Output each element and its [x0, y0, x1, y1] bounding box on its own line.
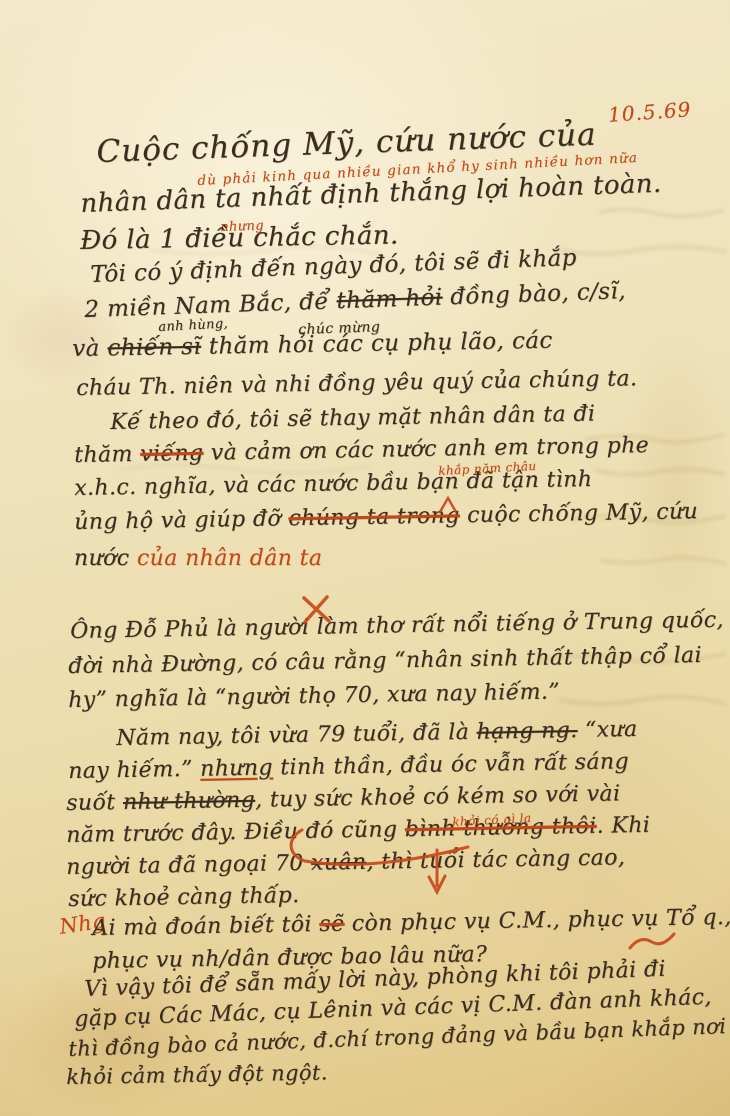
edited-text-segment: chiến sĩ [107, 334, 201, 362]
handwritten-text-segment: . Khi [596, 813, 650, 839]
manuscript-line: Năm nay, tôi vừa 79 tuổi, đã là hạng ng.… [116, 718, 638, 750]
handwritten-text-segment: phải [586, 958, 637, 985]
manuscript-line: Ông Đỗ Phủ là người làm thơ rất nổi tiến… [70, 609, 724, 643]
handwritten-text-segment: nước [74, 546, 137, 571]
handwritten-text-segment: “xưa [577, 717, 637, 743]
edited-text-segment: hạng ng. [476, 718, 577, 745]
handwritten-text-segment: đi [636, 957, 666, 983]
handwritten-text-segment: cuộc chống Mỹ, cứu [459, 499, 698, 528]
handwritten-text-segment: đời nhà Đường, có câu rằng “nhân sinh th… [68, 643, 702, 679]
edited-text-segment: nhưng [200, 755, 273, 781]
handwritten-text-segment: năm trước đây. Điều đó cũng [66, 817, 405, 848]
manuscript-line: Đó là 1 điều chắc chắn. [80, 222, 399, 255]
handwritten-text-segment: anh hùng, [158, 316, 229, 335]
manuscript-line: khỏi cảm thấy đột ngột. [66, 1061, 328, 1088]
handwritten-text-segment: và [72, 335, 108, 362]
handwritten-text-segment: suốt [66, 790, 123, 816]
edited-text-segment: xuân [311, 850, 367, 876]
manuscript-line: người ta đã ngoại 70 xuân, thì tuổi tác … [66, 846, 625, 879]
handwritten-text-segment: còn phục vụ C.M., phục vụ Tổ q., [344, 905, 730, 937]
handwritten-text-segment: , tuy sức khoẻ có kém so với vài [255, 781, 621, 812]
handwritten-text-segment: Đó là 1 điều chắc chắn. [80, 220, 399, 256]
edited-text-segment: như thường [123, 788, 256, 815]
edited-text-segment: sẽ [319, 912, 345, 937]
manuscript-line: ủng hộ và giúp đỡ chúng ta trong cuộc ch… [74, 500, 698, 534]
handwritten-text-segment: tinh thần, đầu óc vẫn rất sáng [273, 749, 629, 780]
handwritten-text-segment: Kế theo đó, tôi sẽ thay mặt nhân dân ta … [110, 402, 596, 435]
handwritten-text-segment: thăm [74, 442, 140, 468]
handwritten-text-segment: cháu Th. niên và nhi đồng yêu quý của ch… [76, 366, 638, 401]
manuscript-line: suốt như thường, tuy sức khoẻ có kém so … [66, 782, 621, 815]
handwritten-text-segment: ủng hộ và giúp đỡ [74, 506, 289, 535]
handwritten-text-segment: của nhân dân ta [137, 546, 323, 571]
manuscript-line: Ai mà đoán biết tôi sẽ còn phục vụ C.M.,… [92, 906, 730, 940]
handwritten-text-segment: người ta đã ngoại 70 [66, 851, 311, 880]
manuscript-line: Kế theo đó, tôi sẽ thay mặt nhân dân ta … [110, 403, 596, 435]
handwritten-text-segment: Ông Đỗ Phủ là người làm thơ rất nổi tiến… [70, 608, 724, 644]
manuscript-line: 2 miền Nam Bắc, để thăm hỏi đồng bào, c/… [84, 279, 626, 322]
handwritten-text-segment: , thì tuổi tác càng cao, [366, 845, 625, 875]
manuscript-line: nay hiếm.” nhưng tinh thần, đầu óc vẫn r… [68, 750, 629, 783]
manuscript-line: và chiến sĩ thăm hỏi các cụ phụ lão, các [72, 329, 553, 362]
manuscript-line: sức khoẻ càng thấp. [68, 884, 300, 911]
manuscript-line: cháu Th. niên và nhi đồng yêu quý của ch… [76, 367, 638, 400]
manuscript-line: hy” nghĩa là “người thọ 70, xưa nay hiếm… [68, 680, 560, 712]
manuscript-line: năm trước đây. Điều đó cũng bình thường … [66, 814, 650, 847]
handwritten-text-segment: đồng bào, c/sĩ, [442, 278, 626, 310]
edited-text-segment: chúng ta trong [288, 503, 460, 531]
date-annotation: 10.5.69 [607, 97, 692, 127]
manuscript-line: nhân dân ta nhất định thắng lợi hoàn toà… [80, 171, 662, 219]
edited-text-segment: viếng [140, 441, 204, 467]
edited-text-segment: thăm hỏi [336, 284, 443, 314]
handwritten-text-segment: nay hiếm.” [68, 757, 200, 784]
insertion-squiggle [630, 934, 674, 948]
manuscript-page: 10.5.69 Cuộc chống Mỹ, cứu nước củadù ph… [0, 0, 730, 1116]
manuscript-line: nước của nhân dân ta [74, 547, 322, 570]
manuscript-line: đời nhà Đường, có câu rằng “nhân sinh th… [68, 644, 702, 678]
handwritten-text-segment: Ai mà đoán biết tôi [92, 912, 320, 941]
handwritten-text-segment: hy” nghĩa là “người thọ 70, xưa nay hiếm… [68, 679, 560, 713]
handwritten-text-segment: Năm nay, tôi vừa 79 tuổi, đã là [116, 720, 477, 751]
handwritten-text-segment: khỏi cảm thấy đột ngột. [66, 1060, 328, 1089]
handwritten-text-segment: thăm hỏi các cụ phụ lão, các [201, 328, 553, 360]
manuscript-line: anh hùng, [158, 317, 228, 334]
manuscript-line: thăm viếng và cảm ơn các nước anh em tro… [74, 434, 649, 467]
handwritten-text-segment: và cảm ơn các nước anh em trong phe [203, 433, 649, 466]
